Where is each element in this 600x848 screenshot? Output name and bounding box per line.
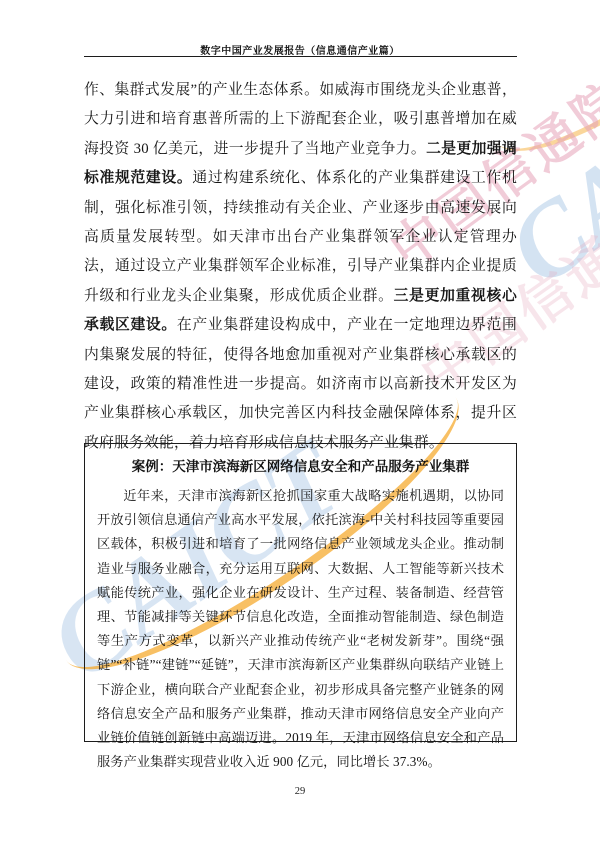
body-paragraph: 作、集群式发展”的产业生态体系。如威海市围绕龙头企业惠普，大力引进和培育惠普所需… (84, 76, 517, 458)
document-page: CAICT 中国信通院 CAICT 中国信通院 数字中国产业发展报告（信息通信产… (0, 0, 600, 848)
case-study-paragraph: 近年来，天津市滨海新区抢抓国家重大战略实施机遇期，以协同开放引领信息通信产业高水… (97, 484, 504, 774)
header-rule (84, 56, 517, 57)
page-number: 29 (0, 786, 600, 797)
page-content: 数字中国产业发展报告（信息通信产业篇） 作、集群式发展”的产业生态体系。如威海市… (0, 0, 600, 848)
case-study-title: 案例：天津市滨海新区网络信息安全和产品服务产业集群 (97, 455, 504, 475)
case-study-box: 案例：天津市滨海新区网络信息安全和产品服务产业集群 近年来，天津市滨海新区抢抓国… (84, 443, 517, 742)
running-header-title: 数字中国产业发展报告（信息通信产业篇） (0, 42, 600, 57)
